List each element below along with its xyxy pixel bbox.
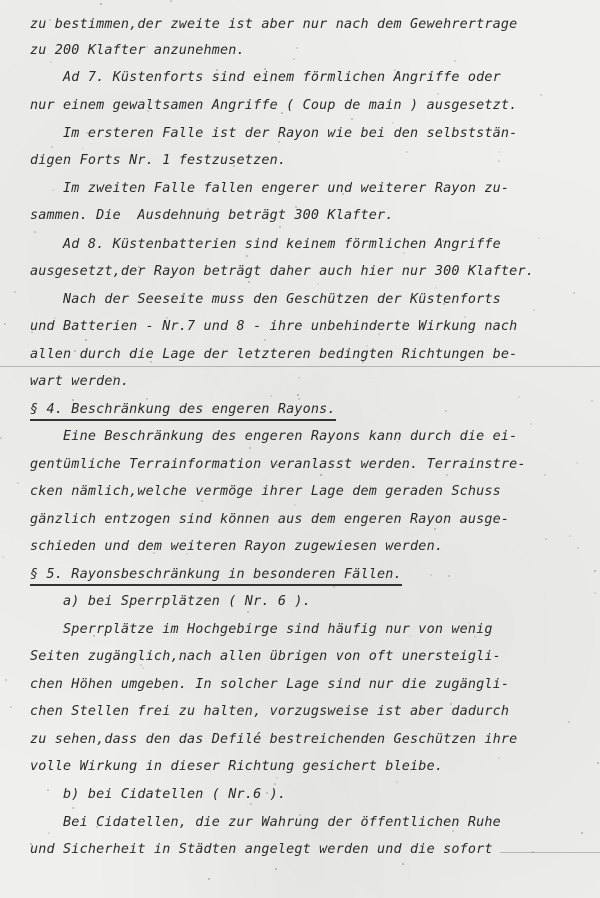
scan-speck [437,93,439,95]
scan-speck [275,868,277,870]
scan-speck [518,396,520,398]
scan-speck [278,141,280,143]
scan-speck [72,807,74,809]
scan-speck [336,438,338,440]
scan-speck [264,339,266,341]
text-line: b) bei Cidatellen ( Nr.6 ). [30,787,286,803]
scan-speck [581,832,583,834]
scan-speck [396,781,398,783]
text-line: Nach der Seeseite muss den Geschützen de… [30,292,501,308]
text-line: Ad 7. Küstenforts sind einem förmlichen … [30,70,501,86]
text-line: a) bei Sperrplätzen ( Nr. 6 ). [30,594,311,610]
scan-speck [85,339,87,341]
scan-speck [82,148,84,150]
scan-speck [498,151,500,153]
scan-speck [140,664,142,666]
paper-fold-line [500,852,600,853]
section-heading: § 5. Rayonsbeschränkung in besonderen Fä… [30,567,402,586]
scan-speck [409,635,411,637]
scan-speck [545,538,547,540]
text-line: schieden und dem weiteren Rayon zugewies… [30,539,443,555]
scan-speck [577,547,579,549]
text-line: zu bestimmen,der zweite ist aber nur nac… [30,17,517,33]
scan-speck [279,226,281,228]
scan-speck [434,528,436,530]
scan-speck [597,762,599,764]
scan-speck [100,3,102,5]
text-line: digen Forts Nr. 1 festzusetzen. [30,153,286,169]
text-line: chen Höhen umgeben. In solcher Lage sind… [30,677,509,693]
scan-speck [14,291,16,293]
scan-speck [298,398,300,400]
scan-speck [297,394,299,396]
scan-speck [248,281,250,283]
scan-speck [49,19,51,21]
scan-speck [576,462,578,464]
scan-speck [498,757,500,759]
scan-speck [247,611,249,613]
text-line: Im ersteren Falle ist der Rayon wie bei … [30,126,517,142]
scan-speck [402,863,404,865]
scan-speck [296,47,298,49]
text-line: zu 200 Klafter anzunehmen. [30,43,245,59]
paper-fold-line [0,366,600,367]
scan-speck [293,58,295,60]
scan-speck [294,504,296,506]
scan-speck [474,636,476,638]
scan-speck [594,592,596,594]
scan-speck [317,283,319,285]
scan-speck [50,61,52,63]
scan-speck [351,118,353,120]
scan-speck [2,556,4,558]
scan-speck [146,398,148,400]
text-line: zu sehen,dass den das Defilé bestreichen… [30,732,517,748]
scan-speck [48,832,50,834]
scan-speck [397,441,399,443]
scan-speck [249,447,251,449]
scan-speck [328,297,330,299]
scanned-typewritten-page: zu bestimmen,der zweite ist aber nur nac… [0,0,600,898]
scan-speck [568,721,570,723]
scan-speck [10,706,12,708]
text-line: ausgesetzt,der Rayon beträgt daher auch … [30,264,534,280]
scan-speck [17,482,19,484]
text-line: allen durch die Lage der letzteren bedin… [30,347,517,363]
text-line: Sperrplätze im Hochgebirge sind häufig n… [30,622,493,638]
scan-speck [276,464,278,466]
text-line: Im zweiten Falle fallen engerer und weit… [30,181,509,197]
scan-speck [51,146,53,148]
scan-speck [430,574,432,576]
text-line: Eine Beschränkung des engeren Rayons kan… [30,429,517,445]
scan-speck [246,255,248,257]
scan-speck [421,688,423,690]
scan-speck [533,309,535,311]
scan-speck [452,830,454,832]
scan-speck [464,316,466,318]
scan-speck [5,679,7,681]
scan-speck [72,399,74,401]
scan-speck [540,94,542,96]
scan-speck [166,317,168,319]
scan-speck [320,474,322,476]
text-line: nur einem gewaltsamen Angriffe ( Coup de… [30,98,517,114]
scan-speck [298,377,300,379]
scan-speck [573,292,575,294]
scan-speck [54,317,56,319]
text-line: chen Stellen frei zu halten, vorzugsweis… [30,704,509,720]
scan-speck [68,295,70,297]
scan-speck [93,635,95,637]
scan-speck [4,323,6,325]
text-line: cken nämlich,welche vermöge ihrer Lage d… [30,484,501,500]
text-line: Seiten zugänglich,nach allen übrigen von… [30,649,501,665]
scan-speck [333,586,335,588]
scan-speck [170,0,172,2]
scan-speck [445,410,447,412]
text-line: sammen. Die Ausdehnung beträgt 300 Klaft… [30,208,394,224]
scan-speck [392,122,394,124]
scan-speck [362,361,364,363]
scan-speck [369,485,371,487]
scan-speck [186,553,188,555]
scan-speck [403,252,405,254]
scan-speck [142,667,144,669]
scan-speck [250,803,252,805]
scan-speck [569,535,571,537]
scan-speck [208,878,210,880]
scan-speck [406,151,408,153]
scan-speck [435,287,437,289]
scan-speck [530,423,532,425]
text-line: Ad 8. Küstenbatterien sind keinem förmli… [30,237,501,253]
scan-speck [264,68,266,70]
scan-speck [594,570,596,572]
scan-speck [274,783,276,785]
scan-speck [276,777,278,779]
text-line: gänzlich entzogen sind können aus dem en… [30,512,509,528]
scan-speck [270,395,272,397]
scan-speck [454,60,456,62]
scan-speck [544,474,546,476]
scan-speck [446,474,448,476]
scan-speck [498,160,500,162]
scan-speck [147,110,149,112]
text-line: Bei Cidatellen, die zur Wahrung der öffe… [30,815,501,831]
text-line: volle Wirkung in dieser Richtung gesiche… [30,759,443,775]
text-line: und Batterien - Nr.7 und 8 - ihre unbehi… [30,319,517,335]
scan-speck [591,400,593,402]
scan-speck [52,189,54,191]
scan-speck [538,237,540,239]
scan-speck [448,575,450,577]
scan-speck [0,437,2,439]
text-line: und Sicherheit in Städten angelegt werde… [30,842,493,858]
section-heading: § 4. Beschränkung des engeren Rayons. [30,402,336,421]
scan-speck [34,231,36,233]
